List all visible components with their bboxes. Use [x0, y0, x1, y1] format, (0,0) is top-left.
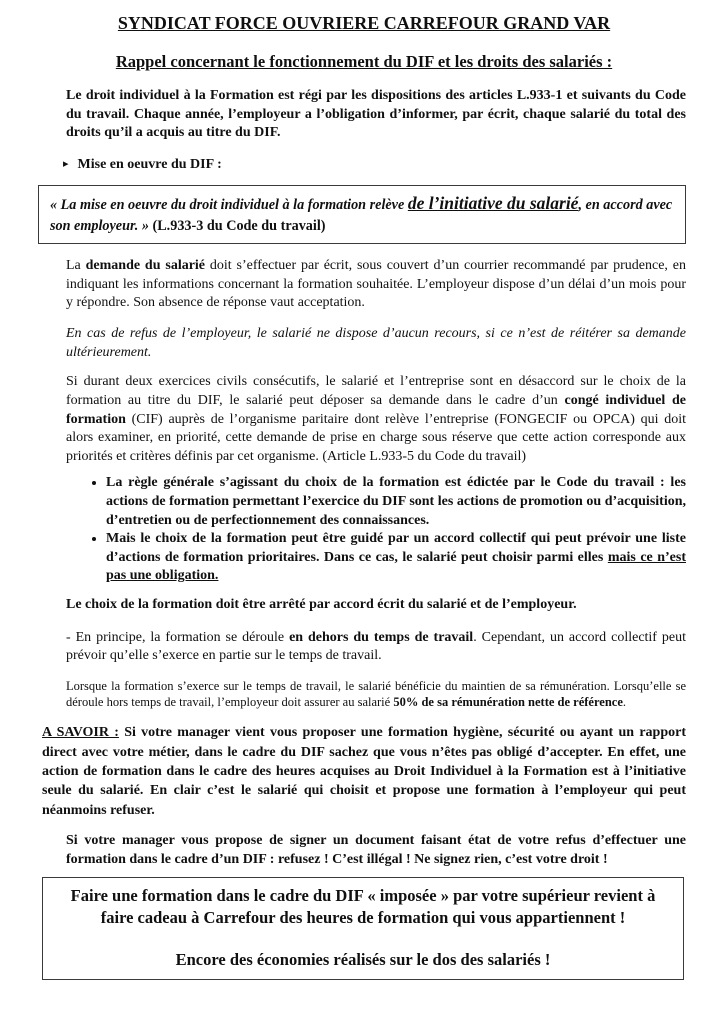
text-run-bold: en dehors du temps de travail — [289, 630, 473, 645]
quote-emphasis-text: de l’initiative du salarié — [408, 193, 579, 213]
warning-box: Faire une formation dans le cadre du DIF… — [42, 877, 684, 980]
text-run-bold: demande du salarié — [86, 258, 205, 273]
document-title: SYNDICAT FORCE OUVRIERE CARREFOUR GRAND … — [42, 13, 686, 35]
document-subtitle: Rappel concernant le fonctionnement du D… — [42, 52, 686, 73]
bullet-item-regle: La règle générale s’agissant du choix de… — [106, 474, 686, 530]
text-run: Si votre manager vient vous proposer une… — [42, 725, 686, 817]
a-savoir-label: A SAVOIR : — [42, 725, 119, 740]
warning-line-1: Faire une formation dans le cadre du DIF… — [61, 885, 665, 929]
quote-reference: (L.933-3 du Code du travail) — [152, 218, 325, 234]
paragraph-demande: La demande du salarié doit s’effectuer p… — [66, 257, 686, 313]
a-savoir-paragraph: A SAVOIR : Si votre manager vient vous p… — [42, 723, 686, 820]
arrow-bullet-icon: ▸ — [63, 158, 69, 170]
paragraph-refus: En cas de refus de l’employeur, le salar… — [66, 325, 686, 362]
paragraph-remuneration: Lorsque la formation s’exerce sur le tem… — [66, 678, 686, 711]
paragraph-refusez: Si votre manager vous propose de signer … — [66, 832, 686, 869]
quote-box: « La mise en oeuvre du droit individuel … — [38, 185, 686, 245]
paragraph-choix-accord: Le choix de la formation doit être arrêt… — [66, 596, 686, 615]
document-page: SYNDICAT FORCE OUVRIERE CARREFOUR GRAND … — [0, 0, 724, 1024]
text-run: . — [623, 695, 626, 709]
warning-line-2: Encore des économies réalisés sur le dos… — [61, 949, 665, 971]
intro-paragraph: Le droit individuel à la Formation est r… — [66, 87, 686, 143]
paragraph-principe: - En principe, la formation se déroule e… — [66, 629, 686, 666]
text-run-bold: 50% de sa rémunération nette — [393, 695, 554, 709]
text-run: - En principe, la formation se déroule — [66, 630, 289, 645]
paragraph-desaccord: Si durant deux exercices civils consécut… — [66, 373, 686, 466]
text-run: La — [66, 258, 86, 273]
bullet-list: La règle générale s’agissant du choix de… — [42, 474, 686, 586]
dif-heading-label: Mise en oeuvre du DIF : — [78, 157, 222, 172]
bullet-item-choix: Mais le choix de la formation peut être … — [106, 530, 686, 586]
text-run-bold: de référence — [558, 695, 623, 709]
text-run: Mais le choix de la formation peut être … — [106, 531, 686, 565]
text-run: (CIF) auprès de l’organisme paritaire do… — [66, 412, 686, 464]
dif-heading: ▸Mise en oeuvre du DIF : — [63, 156, 686, 175]
quote-lead-text: « La mise en oeuvre du droit individuel … — [50, 197, 408, 213]
